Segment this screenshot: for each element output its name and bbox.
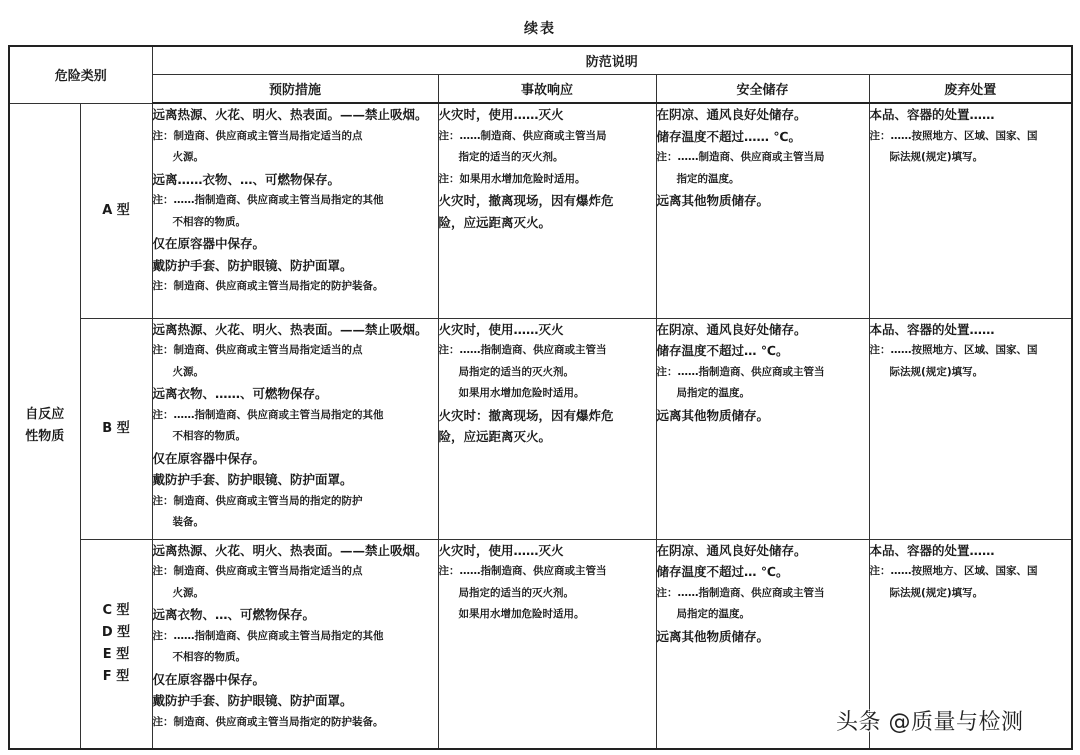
type-label: F 型 [81, 666, 152, 688]
response-cell: 火灾时，使用……灭火注：……指制造商、供应商或主管当局指定的适当的灭火剂。如果用… [438, 539, 656, 749]
watermark: 头条 @质量与检测 [836, 705, 1024, 736]
header-response: 事故响应 [438, 75, 656, 104]
type-label: B 型 [81, 418, 152, 440]
statement-text: 远离其他物质储存。 [657, 626, 869, 648]
note-text: 注：……指制造商、供应商或主管当局指定的其他 [153, 405, 438, 427]
storage-cell: 在阴凉、通风良好处储存。储存温度不超过…… ℃。注：……制造商、供应商或主管当局… [656, 103, 869, 318]
statement-text: 仅在原容器中保存。 [153, 233, 438, 255]
prevention-cell: 远离热源、火花、明火、热表面。——禁止吸烟。注：制造商、供应商或主管当局指定适当… [152, 103, 438, 318]
header-disposal: 废弃处置 [869, 75, 1072, 104]
category-label-line: 性物质 [10, 426, 80, 448]
note-text: 如果用水增加危险时适用。 [439, 604, 656, 626]
note-text: 注：如果用水增加危险时适用。 [439, 169, 656, 191]
note-text: 不相容的物质。 [153, 212, 438, 234]
statement-text: 远离热源、火花、明火、热表面。——禁止吸烟。 [153, 104, 438, 126]
note-text: 注：制造商、供应商或主管当局的指定的防护 [153, 491, 438, 513]
response-cell: 火灾时，使用……灭火注：……指制造商、供应商或主管当局指定的适当的灭火剂。如果用… [438, 318, 656, 539]
statement-text: 在阴凉、通风良好处储存。 [657, 319, 869, 341]
statement-text: 火灾时，使用……灭火 [439, 104, 656, 126]
note-text: 注：……指制造商、供应商或主管当 [657, 583, 869, 605]
note-text: 局指定的温度。 [657, 383, 869, 405]
note-text: 注：……按照地方、区域、国家、国 [870, 126, 1072, 148]
note-text: 如果用水增加危险时适用。 [439, 383, 656, 405]
note-text: 际法规(规定)填写。 [870, 362, 1072, 384]
note-text: 注：……制造商、供应商或主管当局 [657, 147, 869, 169]
statement-text: 险，应远距离灭火。 [439, 426, 656, 448]
header-storage: 安全储存 [656, 75, 869, 104]
note-text: 火源。 [153, 362, 438, 384]
type-label: D 型 [81, 622, 152, 644]
statement-text: 远离……衣物、…、可燃物保存。 [153, 169, 438, 191]
type-label: C 型 [81, 600, 152, 622]
category-cell: 自反应 性物质 [9, 103, 80, 749]
note-text: 注：制造商、供应商或主管当局指定适当的点 [153, 340, 438, 362]
statement-text: 在阴凉、通风良好处储存。 [657, 104, 869, 126]
statement-text: 远离热源、火花、明火、热表面。——禁止吸烟。 [153, 540, 438, 562]
note-text: 不相容的物质。 [153, 426, 438, 448]
statement-text: 火灾时，使用……灭火 [439, 540, 656, 562]
statement-text: 远离其他物质储存。 [657, 190, 869, 212]
statement-text: 远离其他物质储存。 [657, 405, 869, 427]
note-text: 装备。 [153, 512, 438, 534]
statement-text: 本品、容器的处置…… [870, 104, 1072, 126]
precautionary-statements-table: 危险类别 防范说明 预防措施 事故响应 安全储存 废弃处置 自反应 性物质 A … [8, 45, 1073, 750]
statement-text: 本品、容器的处置…… [870, 540, 1072, 562]
note-text: 注：……指制造商、供应商或主管当 [439, 340, 656, 362]
statement-text: 仅在原容器中保存。 [153, 669, 438, 691]
statement-text: 远离衣物、…、可燃物保存。 [153, 604, 438, 626]
statement-text: 戴防护手套、防护眼镜、防护面罩。 [153, 255, 438, 277]
storage-cell: 在阴凉、通风良好处储存。储存温度不超过… ℃。注：……指制造商、供应商或主管当局… [656, 318, 869, 539]
statement-text: 戴防护手套、防护眼镜、防护面罩。 [153, 469, 438, 491]
note-text: 注：制造商、供应商或主管当局指定适当的点 [153, 561, 438, 583]
note-text: 局指定的适当的灭火剂。 [439, 362, 656, 384]
type-cell: C 型 D 型 E 型 F 型 [80, 539, 152, 749]
note-text: 注：……指制造商、供应商或主管当局指定的其他 [153, 190, 438, 212]
statement-text: 本品、容器的处置…… [870, 319, 1072, 341]
header-hazard-category: 危险类别 [9, 46, 152, 103]
note-text: 局指定的温度。 [657, 604, 869, 626]
header-prevention: 预防措施 [152, 75, 438, 104]
note-text: 注：制造商、供应商或主管当局指定的防护装备。 [153, 276, 438, 298]
statement-text: 险，应远距离灭火。 [439, 212, 656, 234]
statement-text: 仅在原容器中保存。 [153, 448, 438, 470]
note-text: 指定的温度。 [657, 169, 869, 191]
table-title: 续表 [0, 18, 1080, 38]
table-row: B 型 远离热源、火花、明火、热表面。——禁止吸烟。注：制造商、供应商或主管当局… [9, 318, 1072, 539]
type-label: A 型 [81, 200, 152, 222]
response-cell: 火灾时，使用……灭火注：……制造商、供应商或主管当局指定的适当的灭火剂。注：如果… [438, 103, 656, 318]
note-text: 局指定的适当的灭火剂。 [439, 583, 656, 605]
type-cell: B 型 [80, 318, 152, 539]
note-text: 注：……指制造商、供应商或主管当 [657, 362, 869, 384]
note-text: 注：……按照地方、区域、国家、国 [870, 340, 1072, 362]
header-precautionary-statements: 防范说明 [152, 46, 1072, 75]
note-text: 注：……按照地方、区域、国家、国 [870, 561, 1072, 583]
note-text: 际法规(规定)填写。 [870, 583, 1072, 605]
table-row: 自反应 性物质 A 型 远离热源、火花、明火、热表面。——禁止吸烟。注：制造商、… [9, 103, 1072, 318]
statement-text: 储存温度不超过… ℃。 [657, 561, 869, 583]
note-text: 际法规(规定)填写。 [870, 147, 1072, 169]
statement-text: 火灾时，使用……灭火 [439, 319, 656, 341]
note-text: 注：……制造商、供应商或主管当局 [439, 126, 656, 148]
note-text: 火源。 [153, 147, 438, 169]
type-cell: A 型 [80, 103, 152, 318]
category-label-line: 自反应 [10, 404, 80, 426]
prevention-cell: 远离热源、火花、明火、热表面。——禁止吸烟。注：制造商、供应商或主管当局指定适当… [152, 539, 438, 749]
disposal-cell: 本品、容器的处置……注：……按照地方、区域、国家、国际法规(规定)填写。 [869, 318, 1072, 539]
statement-text: 火灾时：撤离现场，因有爆炸危 [439, 405, 656, 427]
note-text: 注：制造商、供应商或主管当局指定适当的点 [153, 126, 438, 148]
note-text: 不相容的物质。 [153, 647, 438, 669]
note-text: 注：……指制造商、供应商或主管当 [439, 561, 656, 583]
statement-text: 远离热源、火花、明火、热表面。——禁止吸烟。 [153, 319, 438, 341]
note-text: 火源。 [153, 583, 438, 605]
note-text: 指定的适当的灭火剂。 [439, 147, 656, 169]
statement-text: 储存温度不超过…… ℃。 [657, 126, 869, 148]
statement-text: 远离衣物、……、可燃物保存。 [153, 383, 438, 405]
type-label: E 型 [81, 644, 152, 666]
statement-text: 在阴凉、通风良好处储存。 [657, 540, 869, 562]
note-text: 注：……指制造商、供应商或主管当局指定的其他 [153, 626, 438, 648]
prevention-cell: 远离热源、火花、明火、热表面。——禁止吸烟。注：制造商、供应商或主管当局指定适当… [152, 318, 438, 539]
statement-text: 储存温度不超过… ℃。 [657, 340, 869, 362]
note-text: 注：制造商、供应商或主管当局指定的防护装备。 [153, 712, 438, 734]
disposal-cell: 本品、容器的处置……注：……按照地方、区域、国家、国际法规(规定)填写。 [869, 103, 1072, 318]
statement-text: 火灾时，撤离现场，因有爆炸危 [439, 190, 656, 212]
statement-text: 戴防护手套、防护眼镜、防护面罩。 [153, 690, 438, 712]
